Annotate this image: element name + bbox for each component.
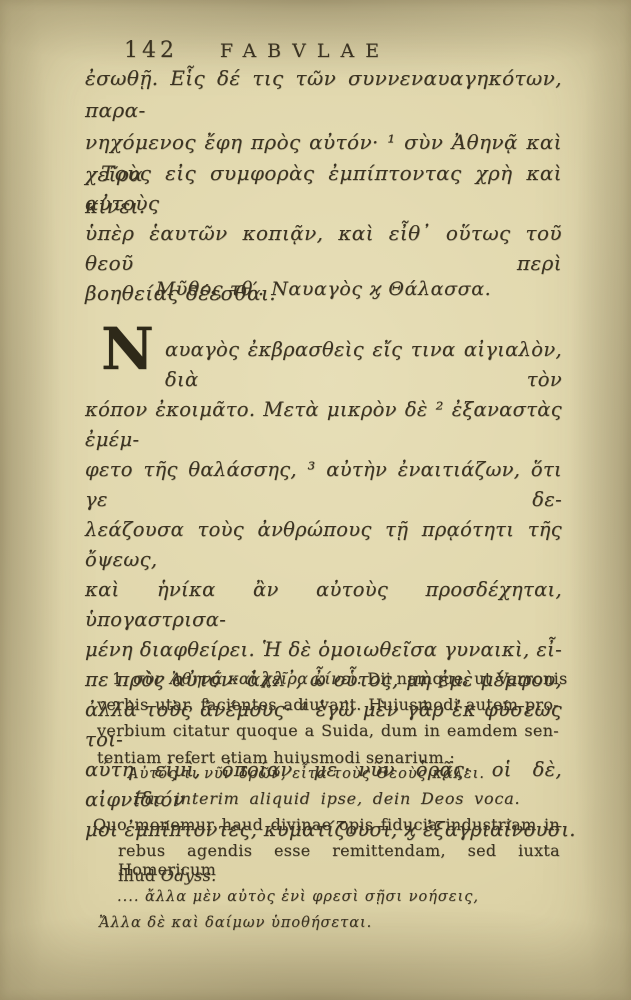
footnote-line: verbis utar, facientes adiuvant. Huiusmo… xyxy=(97,692,559,718)
fable-line: λεάζουσα τοὺς ἀνθρώπους τῇ πρᾳότητι τῆς … xyxy=(85,515,562,575)
fable-heading: Μῦθος τθ′. Ναυαγὸς ϗ Θάλασσα. xyxy=(85,278,562,300)
intro-line: ἐσωθῇ. Εἷς δέ τις τῶν συννεναυαγηκότων, … xyxy=(85,62,562,126)
footnote-greek-lemma: σὺν Ἀθηνᾷ καὶ χεῖρα κίνει. xyxy=(133,669,362,688)
footnote-marker: 1. xyxy=(112,669,128,688)
moral-line: Τοὺς εἰς συμφορὰς ἐμπίπτοντας χρὴ καὶ αὐ… xyxy=(85,158,562,218)
senarius-latin-translation: Fac interim aliquid ipse, dein Deos voca… xyxy=(134,789,520,808)
fable-line: κόπον ἐκοιμᾶτο. Μετὰ μικρὸν δὲ ² ἐξαναστ… xyxy=(85,395,562,455)
footnote-continuation-line: Quo monemur haud divinae opis fiducia in… xyxy=(93,815,560,834)
fable-line: φετο τῆς θαλάσσης, ³ αὐτὴν ἐναιτιάζων, ὅ… xyxy=(85,455,562,515)
fable-line: μένη διαφθείρει. Ἡ δὲ ὁμοιωθεῖσα γυναικὶ… xyxy=(85,635,562,665)
fable-line: αυαγὸς ἐκβρασθεὶς εἴς τινα αἰγιαλὸν, διὰ… xyxy=(85,335,562,395)
fable-line: καὶ ἡνίκα ἂν αὐτοὺς προσδέχηται, ὑπογαστ… xyxy=(85,575,562,635)
drop-cap-initial: N xyxy=(101,320,154,378)
homer-quote-line: .... ἄλλα μὲν αὐτὸς ἐνὶ φρεσὶ σῇσι νοήσε… xyxy=(117,889,479,905)
homer-quote-line: Ἄλλα δὲ καὶ δαίμων ὑποθήσεται. xyxy=(99,915,372,931)
senarius-greek-quote: Αὐτός τι νῦν δρῶν, εἶτα τοὺς Θεοὺς κάλει… xyxy=(128,766,485,782)
illud-word: illud xyxy=(118,866,155,885)
footnote-line: verbium citatur quoque a Suida, dum in e… xyxy=(97,718,559,744)
footnote-latin-text: Dii namque, ut Varronis xyxy=(367,669,567,688)
footnote-continuation-line: illud Odyss. xyxy=(118,866,217,885)
running-title: FABVLAE xyxy=(85,40,525,62)
book-page: 142 FABVLAE ἐσωθῇ. Εἷς δέ τις τῶν συννεν… xyxy=(0,0,631,1000)
moral-line: ὑπὲρ ἑαυτῶν κοπιᾷν, καὶ εἶθ᾽ οὕτως τοῦ θ… xyxy=(85,218,562,278)
footnote-line: 1. σὺν Ἀθηνᾷ καὶ χεῖρα κίνει. Dii namque… xyxy=(97,666,559,692)
footnote-block: 1. σὺν Ἀθηνᾷ καὶ χεῖρα κίνει. Dii namque… xyxy=(97,666,559,771)
odyssey-reference: Odyss. xyxy=(161,866,217,885)
